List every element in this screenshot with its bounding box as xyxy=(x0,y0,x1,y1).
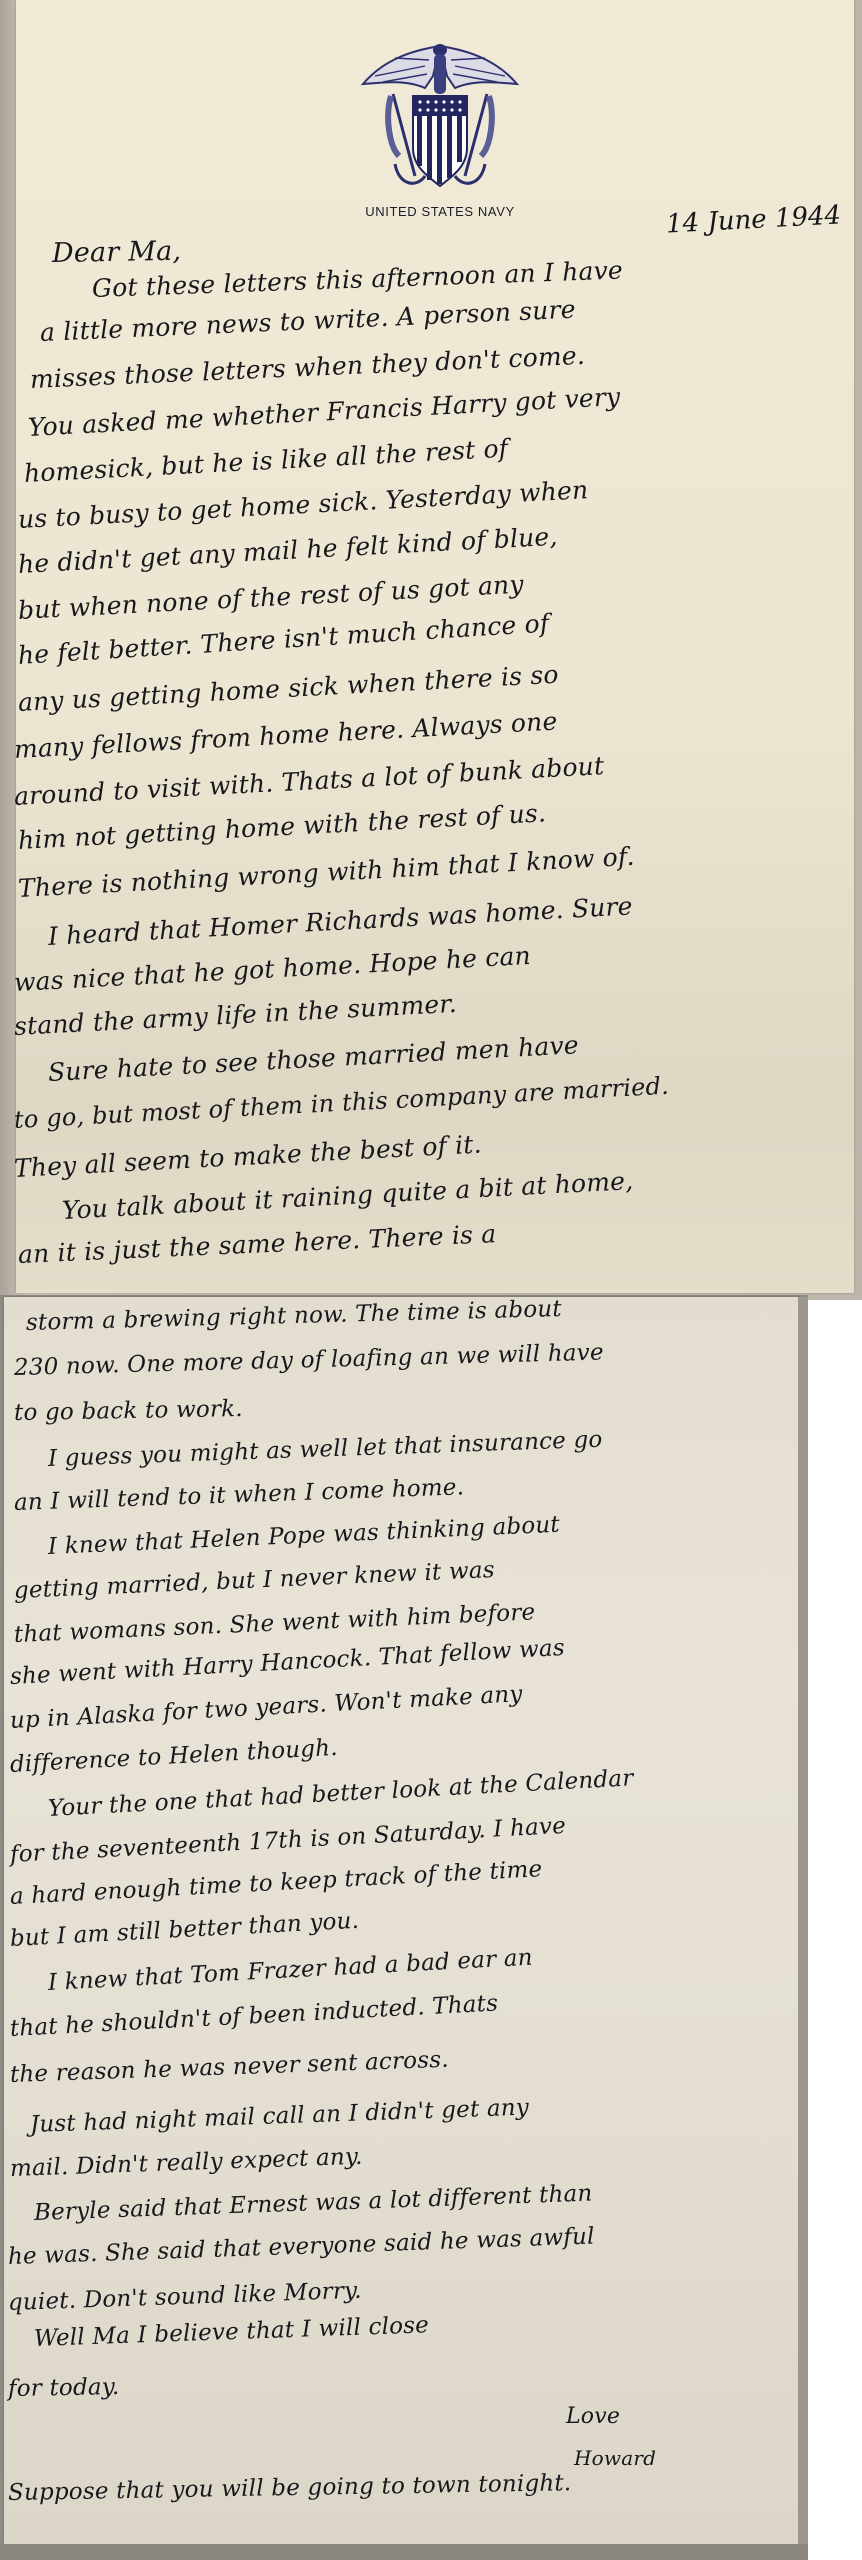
table-surface-strip xyxy=(0,2544,808,2560)
page-2-edge xyxy=(798,1297,808,2547)
letterhead-organization: UNITED STATES NAVY xyxy=(335,204,545,219)
navy-crest-icon xyxy=(355,36,525,196)
letter-line: to go back to work. xyxy=(14,1396,243,1426)
closing: Love xyxy=(566,2404,620,2429)
signature: Howard xyxy=(574,2446,656,2470)
salutation: Dear Ma, xyxy=(52,236,182,269)
letter-line: for today. xyxy=(8,2374,120,2402)
